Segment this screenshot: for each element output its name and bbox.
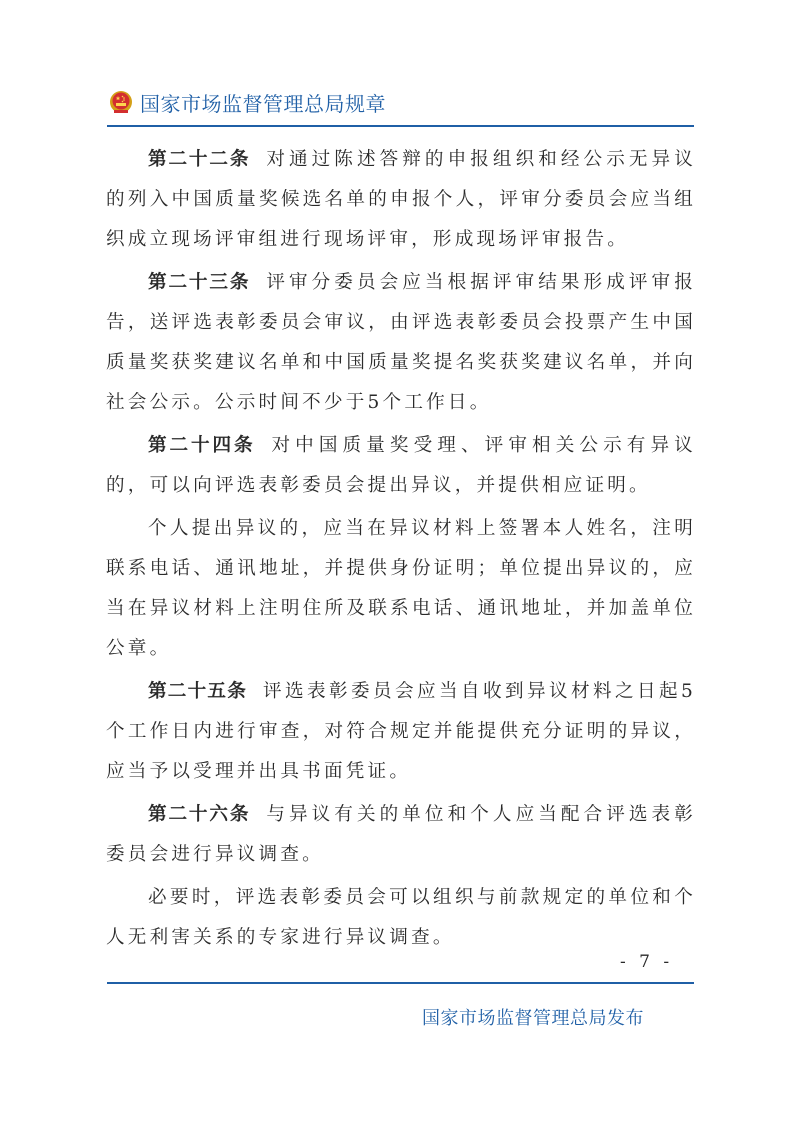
article-22: 第二十二条对通过陈述答辩的申报组织和经公示无异议的列入中国质量奖候选名单的申报个…	[106, 140, 696, 260]
national-emblem-icon	[108, 90, 134, 116]
article-24: 第二十四条对中国质量奖受理、评审相关公示有异议的，可以向评选表彰委员会提出异议，…	[106, 426, 696, 506]
footer-publisher: 国家市场监督管理总局发布	[422, 1004, 644, 1030]
article-label: 第二十三条	[148, 272, 250, 293]
header-title: 国家市场监督管理总局规章	[140, 88, 386, 117]
article-label: 第二十二条	[148, 149, 250, 170]
footer-divider	[107, 982, 694, 984]
article-label: 第二十六条	[148, 804, 250, 825]
document-body: 第二十二条对通过陈述答辩的申报组织和经公示无异议的列入中国质量奖候选名单的申报个…	[106, 140, 696, 961]
article-label: 第二十五条	[148, 681, 247, 702]
article-label: 第二十四条	[148, 435, 255, 456]
article-text: 评审分委员会应当根据评审结果形成评审报告，送评选表彰委员会审议，由评选表彰委员会…	[106, 272, 696, 413]
document-header: 国家市场监督管理总局规章	[108, 88, 386, 117]
article-23: 第二十三条评审分委员会应当根据评审结果形成评审报告，送评选表彰委员会审议，由评选…	[106, 263, 696, 423]
article-25: 第二十五条评选表彰委员会应当自收到异议材料之日起5个工作日内进行审查，对符合规定…	[106, 672, 696, 792]
page-number: - 7 -	[620, 952, 673, 972]
header-divider	[107, 125, 694, 127]
article-26: 第二十六条与异议有关的单位和个人应当配合评选表彰委员会进行异议调查。	[106, 795, 696, 875]
article-26-paragraph-2: 必要时，评选表彰委员会可以组织与前款规定的单位和个人无利害关系的专家进行异议调查…	[106, 878, 696, 958]
article-24-paragraph-2: 个人提出异议的，应当在异议材料上签署本人姓名，注明联系电话、通讯地址，并提供身份…	[106, 509, 696, 669]
